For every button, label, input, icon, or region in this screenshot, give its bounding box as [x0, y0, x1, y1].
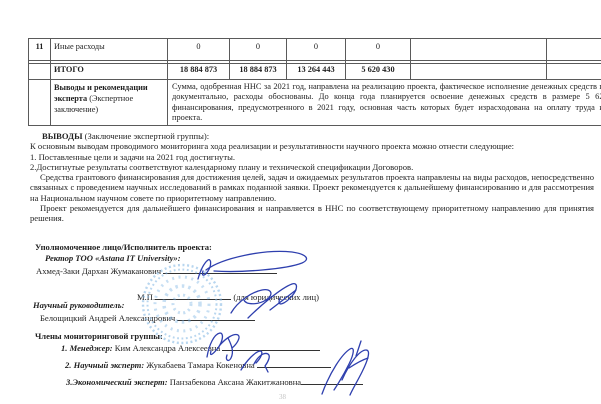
table-cell-empty — [29, 64, 51, 80]
conclusions-heading-rest: (Заключение экспертной группы): — [83, 131, 210, 141]
conclusions-item-2: 2.Достигнутые результаты соответствуют к… — [30, 162, 594, 172]
table-cell: 0 — [168, 39, 230, 61]
expert-conclusion-text: Сумма, одобренная ННС за 2021 год, напра… — [168, 80, 601, 126]
table-cell-empty — [411, 39, 547, 61]
signature-underline — [163, 265, 277, 274]
row-number-cell: 11 — [29, 39, 51, 61]
supervisor-name: Белощицкий Андрей Александрович — [40, 313, 175, 323]
table-cell-empty — [547, 64, 601, 80]
scanned-document-page: 11 Иные расходы 0 0 0 0 ИТОГО 18 884 873… — [0, 0, 601, 404]
supervisor-signature-line: Белощицкий Андрей Александрович — [40, 312, 255, 323]
page-number: 38 — [279, 393, 286, 401]
mp-underline — [155, 291, 231, 300]
monitoring-group-heading: Члены мониторинговой группы: — [35, 331, 163, 341]
legal-entities-note: (для юридических лиц) — [233, 292, 319, 302]
member-1-name: Ким Александра Алексеевна — [113, 343, 223, 353]
signature-underline — [177, 312, 255, 321]
table-cell: 0 — [287, 39, 346, 61]
supervisor-heading: Научный руководитель: — [33, 300, 125, 310]
table-row-total: ИТОГО 18 884 873 18 884 873 13 264 443 5… — [29, 64, 601, 80]
conclusions-paragraph-1: Средства грантового финансирования для д… — [30, 172, 594, 203]
conclusions-intro: К основным выводам проводимого мониторин… — [30, 141, 594, 151]
expert-conclusion-label: Выводы и рекомендации эксперта (Экспертн… — [51, 80, 168, 126]
table-cell: 0 — [346, 39, 411, 61]
signature-underline — [257, 359, 331, 368]
total-value-cell: 13 264 443 — [287, 64, 346, 80]
member-2-name: Жукабаева Тамара Кокеновна — [144, 360, 257, 370]
signature-underline — [301, 376, 363, 385]
member-3-role: 3.Экономический эксперт: — [66, 377, 168, 387]
conclusions-paragraph-2: Проект рекомендуется для дальнейшего фин… — [30, 203, 594, 224]
total-value-cell: 5 620 430 — [346, 64, 411, 80]
member-1-role: 1. Менеджер: — [61, 343, 113, 353]
conclusions-heading: ВЫВОДЫ (Заключение экспертной группы): — [30, 131, 594, 141]
total-value-cell: 18 884 873 — [230, 64, 287, 80]
member-3-name: Панзабекова Аксана Жакитжановна — [168, 377, 302, 387]
table-cell: 0 — [230, 39, 287, 61]
row-label-cell: Иные расходы — [51, 39, 168, 61]
stamp-place-line: М.П. (для юридических лиц) — [137, 291, 319, 302]
mp-label: М.П. — [137, 292, 155, 302]
member-1-line: 1. Менеджер: Ким Александра Алексеевна — [61, 342, 320, 353]
rector-title: Ректор ТОО «Astana IT University»: — [45, 253, 181, 263]
financial-table: 11 Иные расходы 0 0 0 0 ИТОГО 18 884 873… — [28, 38, 601, 126]
rector-name: Ахмед-Заки Дархан Жумаканович — [36, 266, 161, 276]
conclusions-item-1: 1. Поставленные цели и задачи на 2021 го… — [30, 152, 594, 162]
table-row-other-expenses: 11 Иные расходы 0 0 0 0 — [29, 39, 601, 61]
member-2-line: 2. Научный эксперт: Жукабаева Тамара Кок… — [65, 359, 331, 370]
total-value-cell: 18 884 873 — [168, 64, 230, 80]
member-2-role: 2. Научный эксперт: — [65, 360, 144, 370]
signature-underline — [222, 342, 320, 351]
authorized-person-heading: Уполномоченное лицо/Исполнитель проекта: — [35, 242, 212, 252]
table-row-expert-conclusion: Выводы и рекомендации эксперта (Экспертн… — [29, 80, 601, 126]
conclusions-heading-word: ВЫВОДЫ — [42, 131, 83, 141]
rector-signature-line: Ахмед-Заки Дархан Жумаканович — [36, 265, 277, 276]
conclusions-section: ВЫВОДЫ (Заключение экспертной группы): К… — [30, 131, 594, 224]
table-cell-empty — [411, 64, 547, 80]
member-3-line: 3.Экономический эксперт: Панзабекова Акс… — [66, 376, 363, 387]
table-cell-empty — [29, 80, 51, 126]
table-cell-empty — [547, 39, 601, 61]
total-label-cell: ИТОГО — [51, 64, 168, 80]
